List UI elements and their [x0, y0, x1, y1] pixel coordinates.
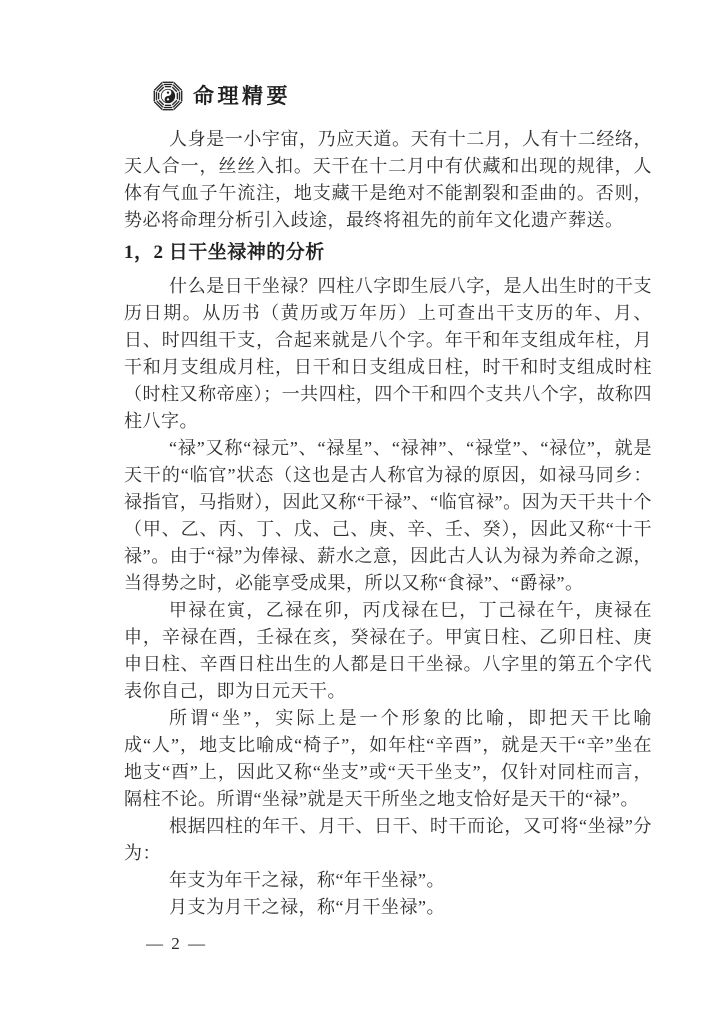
- scanned-book-page: 命理精要 人身是一小宇宙，乃应天道。天有十二月，人有十二经络，天人合一，丝丝入扣…: [0, 0, 724, 1024]
- definition-line: 月支为月干之禄，称“月干坐禄”。: [124, 894, 652, 921]
- body-paragraph: 根据四柱的年干、月干、日干、时干而论，又可将“坐禄”分为：: [124, 813, 652, 867]
- body-paragraph: 甲禄在寅，乙禄在卯，丙戊禄在巳，丁己禄在午，庚禄在申，辛禄在酉，壬禄在亥，癸禄在…: [124, 597, 652, 705]
- brand-title: 命理精要: [193, 80, 291, 112]
- page-body: 人身是一小宇宙，乃应天道。天有十二月，人有十二经络，天人合一，丝丝入扣。天干在十…: [124, 126, 652, 957]
- bagua-yinyang-icon: [152, 80, 184, 112]
- body-paragraph: 所谓“坐”，实际上是一个形象的比喻，即把天干比喻成“人”，地支比喻成“椅子”，如…: [124, 705, 652, 813]
- definition-line: 年支为年干之禄，称“年干坐禄”。: [124, 867, 652, 894]
- body-paragraph: 什么是日干坐禄？四柱八字即生辰八字，是人出生时的干支历日期。从历书（黄历或万年历…: [124, 273, 652, 435]
- body-paragraph: “禄”又称“禄元”、“禄星”、“禄神”、“禄堂”、“禄位”，就是天干的“临官”状…: [124, 435, 652, 597]
- book-brand: 命理精要: [152, 79, 291, 113]
- section-heading: 1，2 日干坐禄神的分析: [124, 239, 652, 266]
- intro-paragraph: 人身是一小宇宙，乃应天道。天有十二月，人有十二经络，天人合一，丝丝入扣。天干在十…: [124, 126, 652, 234]
- page-number: — 2 —: [124, 930, 652, 957]
